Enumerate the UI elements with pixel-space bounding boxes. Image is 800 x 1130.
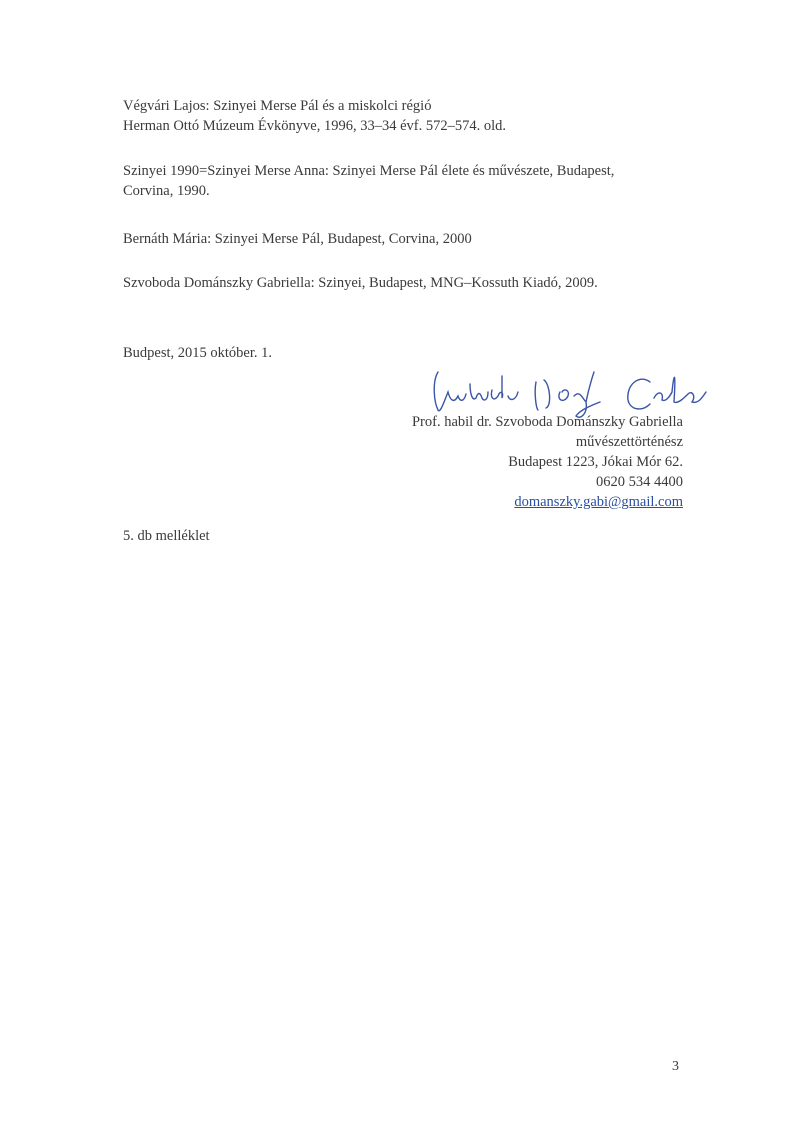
- date-line: Budpest, 2015 október. 1.: [123, 343, 272, 363]
- signer-name: Prof. habil dr. Szvoboda Dománszky Gabri…: [412, 412, 683, 432]
- signer-email-link[interactable]: domanszky.gabi@gmail.com: [514, 494, 683, 510]
- reference-1-line-2: Herman Ottó Múzeum Évkönyve, 1996, 33–34…: [123, 116, 506, 136]
- reference-2-line-2: Corvina, 1990.: [123, 181, 210, 201]
- signature-block: Prof. habil dr. Szvoboda Dománszky Gabri…: [412, 412, 683, 512]
- reference-2-line-1: Szinyei 1990=Szinyei Merse Anna: Szinyei…: [123, 161, 614, 181]
- signer-phone: 0620 534 4400: [412, 472, 683, 492]
- page-number: 3: [672, 1059, 679, 1075]
- reference-4: Szvoboda Dománszky Gabriella: Szinyei, B…: [123, 273, 598, 293]
- signer-address: Budapest 1223, Jókai Mór 62.: [412, 452, 683, 472]
- reference-3: Bernáth Mária: Szinyei Merse Pál, Budape…: [123, 229, 472, 249]
- attachments-note: 5. db melléklet: [123, 526, 210, 546]
- signer-title: művészettörténész: [412, 432, 683, 452]
- reference-1-line-1: Végvári Lajos: Szinyei Merse Pál és a mi…: [123, 96, 431, 116]
